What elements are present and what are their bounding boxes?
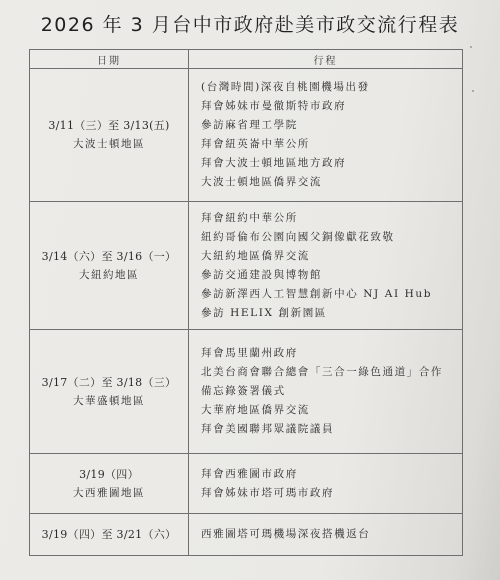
itinerary-item: 拜會姊妹市曼徹斯特市政府 (201, 97, 462, 116)
itinerary-item: 備忘錄簽署儀式 (201, 382, 462, 401)
table-row: 3/11（三）至 3/13(五) 大波士頓地區 (台灣時間)深夜自桃園機場出發 … (30, 69, 463, 202)
paper-speck (470, 46, 472, 48)
date-range: 3/14（六）至 3/16（一） (30, 248, 188, 266)
date-cell: 3/19（四）至 3/21（六） (30, 514, 189, 556)
itinerary-cell: (台灣時間)深夜自桃園機場出發 拜會姊妹市曼徹斯特市政府 參訪麻省理工學院 拜會… (189, 69, 463, 202)
itinerary-cell: 拜會西雅圖市政府 拜會姊妹市塔可瑪市政府 (189, 454, 463, 514)
itinerary-cell: 拜會馬里蘭州政府 北美台商會聯合總會「三合一綠色通道」合作 備忘錄簽署儀式 大華… (189, 330, 463, 454)
itinerary-item: 拜會馬里蘭州政府 (201, 344, 462, 363)
itinerary-item: 參訪 HELIX 創新園區 (201, 304, 462, 323)
header-itinerary: 行程 (189, 50, 463, 69)
table-row: 3/14（六）至 3/16（一） 大紐約地區 拜會紐約中華公所 紐約哥倫布公園向… (30, 202, 463, 330)
region: 大西雅圖地區 (30, 484, 188, 502)
table-header-row: 日期 行程 (30, 50, 463, 69)
itinerary-item: 參訪麻省理工學院 (201, 116, 462, 135)
table-row: 3/19（四） 大西雅圖地區 拜會西雅圖市政府 拜會姊妹市塔可瑪市政府 (30, 454, 463, 514)
date-range: 3/19（四）至 3/21（六） (30, 526, 188, 544)
itinerary-item: 拜會美國聯邦眾議院議員 (201, 420, 462, 439)
region: 大華盛頓地區 (30, 392, 188, 410)
date-range: 3/11（三）至 3/13(五) (30, 117, 188, 135)
itinerary-item: 大華府地區僑界交流 (201, 401, 462, 420)
itinerary-item: 拜會姊妹市塔可瑪市政府 (201, 484, 462, 503)
itinerary-item: 紐約哥倫布公園向國父銅像獻花致敬 (201, 228, 462, 247)
itinerary-item: (台灣時間)深夜自桃園機場出發 (201, 78, 462, 97)
date-cell: 3/19（四） 大西雅圖地區 (30, 454, 189, 514)
itinerary-item: 拜會西雅圖市政府 (201, 465, 462, 484)
schedule-table: 日期 行程 3/11（三）至 3/13(五) 大波士頓地區 (台灣時間)深夜自桃… (29, 49, 463, 556)
table-row: 3/17（二）至 3/18（三） 大華盛頓地區 拜會馬里蘭州政府 北美台商會聯合… (30, 330, 463, 454)
date-cell: 3/17（二）至 3/18（三） 大華盛頓地區 (30, 330, 189, 454)
date-cell: 3/14（六）至 3/16（一） 大紐約地區 (30, 202, 189, 330)
itinerary-item: 西雅圖塔可瑪機場深夜搭機返台 (201, 525, 462, 544)
itinerary-item: 北美台商會聯合總會「三合一綠色通道」合作 (201, 363, 462, 382)
itinerary-item: 參訪新澤西人工智慧創新中心 NJ AI Hub (201, 285, 462, 304)
table-row: 3/19（四）至 3/21（六） 西雅圖塔可瑪機場深夜搭機返台 (30, 514, 463, 556)
document-title: 2026 年 3 月台中市政府赴美市政交流行程表 (0, 10, 500, 37)
itinerary-item: 參訪交通建設與博物館 (201, 266, 462, 285)
itinerary-item: 拜會紐英崙中華公所 (201, 135, 462, 154)
itinerary-cell: 拜會紐約中華公所 紐約哥倫布公園向國父銅像獻花致敬 大紐約地區僑界交流 參訪交通… (189, 202, 463, 330)
itinerary-item: 大紐約地區僑界交流 (201, 247, 462, 266)
region: 大波士頓地區 (30, 135, 188, 153)
date-range: 3/19（四） (30, 466, 188, 484)
itinerary-item: 拜會大波士頓地區地方政府 (201, 154, 462, 173)
header-date: 日期 (30, 50, 189, 69)
date-range: 3/17（二）至 3/18（三） (30, 374, 188, 392)
itinerary-item: 拜會紐約中華公所 (201, 209, 462, 228)
itinerary-cell: 西雅圖塔可瑪機場深夜搭機返台 (189, 514, 463, 556)
paper-speck (472, 90, 474, 92)
region: 大紐約地區 (30, 266, 188, 284)
date-cell: 3/11（三）至 3/13(五) 大波士頓地區 (30, 69, 189, 202)
itinerary-item: 大波士頓地區僑界交流 (201, 173, 462, 192)
